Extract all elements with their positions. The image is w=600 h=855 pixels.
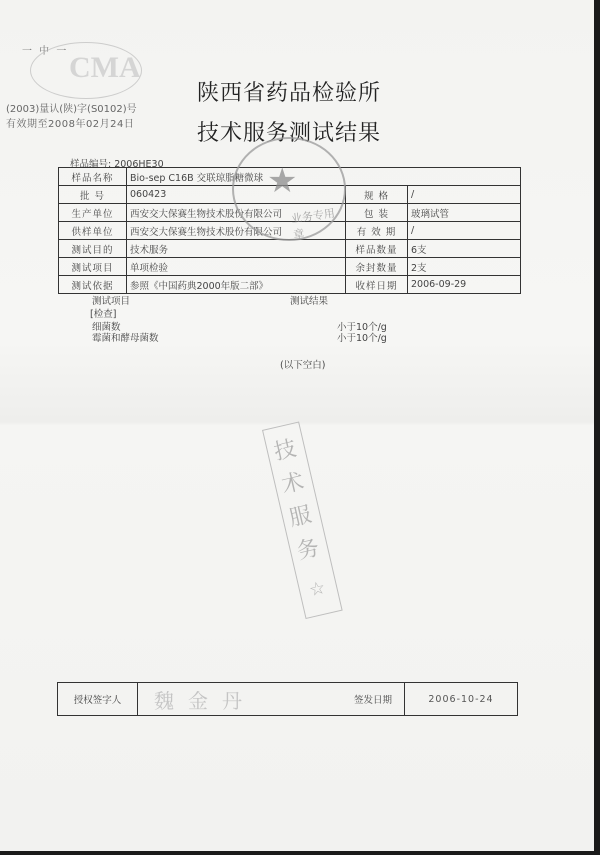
issue-date-label: 签发日期 xyxy=(338,683,405,716)
scanned-document-page: 一 中 一 CMA (2003)量认(陕)字(S0102)号 有效期至2008年… xyxy=(0,0,594,851)
retained-qty-label: 余封数量 xyxy=(346,258,408,276)
table-row: 测试目的 技术服务 样品数量 6支 xyxy=(59,240,521,258)
receipt-date-label: 收样日期 xyxy=(346,276,408,294)
table-row: 测试依据 参照《中国药典2000年版二部》 收样日期 2006-09-29 xyxy=(59,276,521,294)
manufacturer-label: 生产单位 xyxy=(59,204,127,222)
sample-name-label: 样品名称 xyxy=(59,168,127,186)
table-row: 测试项目 单项检验 余封数量 2支 xyxy=(59,258,521,276)
technical-service-stamp: 技术服务 ☆ xyxy=(262,421,343,619)
result-item-name: 霉菌和酵母菌数 xyxy=(92,333,159,344)
license-valid-until: 有效期至2008年02月24日 xyxy=(6,115,134,130)
package-value: 玻璃试管 xyxy=(408,204,521,222)
blank-below-note: (以下空白) xyxy=(280,357,325,371)
spec-label: 规 格 xyxy=(346,186,408,204)
batch-label: 批 号 xyxy=(59,186,127,204)
cma-logo-icon: CMA xyxy=(30,42,142,99)
license-number: (2003)量认(陕)字(S0102)号 xyxy=(6,100,137,115)
sample-qty-label: 样品数量 xyxy=(346,240,408,258)
star-icon: ★ xyxy=(267,161,297,201)
test-purpose-label: 测试目的 xyxy=(59,240,127,258)
star-outline-icon: ☆ xyxy=(300,570,335,609)
institution-title: 陕西省药品检验所 xyxy=(197,76,381,107)
test-basis-value: 参照《中国药典2000年版二部》 xyxy=(127,276,346,294)
supplier-label: 供样单位 xyxy=(59,222,127,240)
signatory-label: 授权签字人 xyxy=(58,683,138,716)
expiry-label: 有 效 期 xyxy=(346,222,408,240)
expiry-value: / xyxy=(408,222,521,240)
signature-table: 授权签字人 魏金丹 签发日期 2006-10-24 xyxy=(57,682,518,716)
signature-row: 授权签字人 魏金丹 签发日期 2006-10-24 xyxy=(58,683,518,716)
package-label: 包 装 xyxy=(346,204,408,222)
results-header-item: 测试项目 xyxy=(92,293,130,307)
test-items-label: 测试项目 xyxy=(59,258,127,276)
receipt-date-value: 2006-09-29 xyxy=(408,276,521,294)
results-category: [检查] xyxy=(90,306,116,320)
result-item-value: 小于10个/g xyxy=(337,330,387,344)
results-header-result: 测试结果 xyxy=(290,293,328,307)
test-basis-label: 测试依据 xyxy=(59,276,127,294)
retained-qty-value: 2支 xyxy=(408,258,521,276)
cma-logo-mark: CMA xyxy=(69,51,141,85)
round-official-seal: ★ 业务专用章 xyxy=(232,137,346,241)
issue-date-value: 2006-10-24 xyxy=(405,683,518,716)
handwritten-signature: 魏金丹 xyxy=(138,683,338,716)
test-items-value: 单项检验 xyxy=(127,258,346,276)
result-row: 霉菌和酵母菌数 小于10个/g xyxy=(92,330,392,344)
stamp-text: 技术服务 xyxy=(268,432,326,571)
sample-qty-value: 6支 xyxy=(408,240,521,258)
spec-value: / xyxy=(408,186,521,204)
test-purpose-value: 技术服务 xyxy=(127,240,346,258)
